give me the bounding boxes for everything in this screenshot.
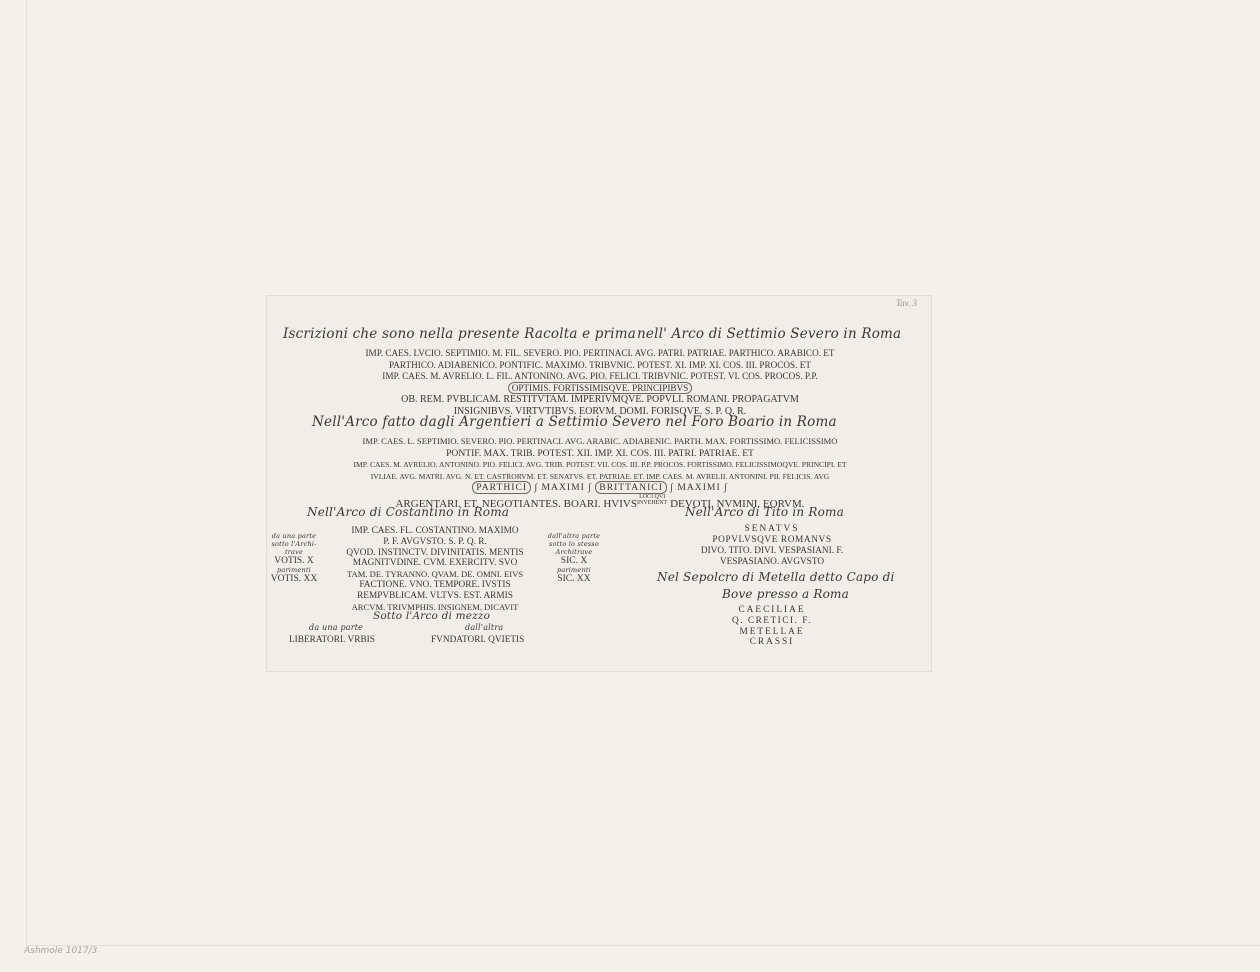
- inscription-line: CAECILIAE: [647, 605, 897, 616]
- left-note: sotto l'Archi-: [269, 540, 319, 548]
- titus-heading: Nell'Arco di Tito in Roma: [685, 505, 844, 519]
- engraved-plate: Tav. 3 Iscrizioni che sono nella present…: [266, 295, 932, 672]
- maximi-text: MAXIMI: [542, 482, 585, 493]
- titus-inscription: SENATVS POPVLVSQVE ROMANVS DIVO. TITO. D…: [647, 524, 897, 568]
- inventory-mark: Ashmole 1017/3: [24, 946, 97, 956]
- metella-heading-1: Nel Sepolcro di Metella detto Capo di: [657, 570, 895, 584]
- constantine-right-notes: dall'altra parte sotto lo stesso Architr…: [543, 532, 605, 585]
- inscription-line: IMP. CAES. FL. COSTANTINO. MAXIMO: [325, 526, 545, 537]
- right-note: Architrave: [543, 548, 605, 556]
- metella-heading-2: Bove presso a Roma: [722, 587, 849, 601]
- sic-xx: SIC. XX: [543, 574, 605, 585]
- inscription-line: VESPASIANO. AVGVSTO: [647, 557, 897, 568]
- middle-right-note: dall'altra: [465, 623, 503, 632]
- constantine-left-notes: da una parte sotto l'Archi- trave VOTIS.…: [269, 532, 319, 585]
- inscription-line: FACTIONE. VNO. TEMPORE. IVSTIS: [325, 580, 545, 591]
- middle-left-note: da una parte: [309, 623, 363, 632]
- inscription-line: METELLAE: [647, 627, 897, 638]
- constantine-inscription: IMP. CAES. FL. COSTANTINO. MAXIMO P. F. …: [325, 526, 545, 612]
- fundatori-quietis: FVNDATORI. QVIETIS: [431, 635, 524, 645]
- inscription-line: QVOD. INSTINCTV. DIVINITATIS. MENTIS: [325, 548, 545, 559]
- heading-left: Iscrizioni che sono nella presente Racol…: [283, 326, 636, 342]
- inscription-line: PONTIF. MAX. TRIB. POTEST. XII. IMP. XI.…: [267, 448, 933, 460]
- inscription-line: REMPVBLICAM. VLTVS. EST. ARMIS: [325, 591, 545, 602]
- boxed-inscription: OPTIMIS. FORTISSIMISQVE. PRINCIPIBVS: [508, 382, 693, 394]
- septimius-inscription: IMP. CAES. LVCIO. SEPTIMIO. M. FIL. SEVE…: [267, 348, 933, 417]
- boxed-parthici: PARTHICI: [472, 481, 531, 494]
- inscription-line: P. F. AVGVSTO. S. P. Q. R.: [325, 537, 545, 548]
- inscription-line: IMP. CAES. LVCIO. SEPTIMIO. M. FIL. SEVE…: [267, 348, 933, 360]
- inscription-line: POPVLVSQVE ROMANVS: [647, 535, 897, 546]
- boxed-titles-line: PARTHICI ∫ MAXIMI ∫ BRITTANICI ∫ MAXIMI …: [267, 482, 933, 494]
- inscription-line: TAM. DE. TYRANNO. QVAM. DE. OMNI. EIVS: [325, 569, 545, 580]
- inscription-line: Q. CRETICI. F.: [647, 616, 897, 627]
- inscription-line: SENATVS: [647, 524, 897, 535]
- left-note-parimenti: parimenti: [269, 567, 319, 574]
- right-note: sotto lo stesso: [543, 540, 605, 548]
- middle-arch-heading: Sotto l'Arco di mezzo: [373, 610, 490, 622]
- left-note: da una parte: [269, 532, 319, 540]
- liberatori-urbis: LIBERATORI. VRBIS: [289, 635, 375, 645]
- right-note: dall'altra parte: [543, 532, 605, 540]
- metella-inscription: CAECILIAE Q. CRETICI. F. METELLAE CRASSI: [647, 605, 897, 648]
- inscription-line: IMP. CAES. L. SEPTIMIO. SEVERO. PIO. PER…: [267, 436, 933, 448]
- inscription-line: MAGNITVDINE. CVM. EXERCITV. SVO: [325, 558, 545, 569]
- maximi-text: MAXIMI: [677, 482, 720, 493]
- heading-right: nell' Arco di Settimio Severo in Roma: [637, 326, 901, 342]
- inscription-line: DIVO. TITO. DIVI. VESPASIANI. F.: [647, 546, 897, 557]
- boxed-brittanici: BRITTANICI: [595, 481, 667, 494]
- inscription-line: PARTHICO. ADIABENICO. PONTIFIC. MAXIMO. …: [267, 360, 933, 372]
- inscription-line: CRASSI: [647, 637, 897, 648]
- constantine-heading: Nell'Arco di Costantino in Roma: [307, 505, 509, 519]
- right-note-parimenti: parimenti: [543, 567, 605, 574]
- argentari-inscription: IMP. CAES. L. SEPTIMIO. SEVERO. PIO. PER…: [267, 436, 933, 511]
- sup-bottom: INVEHENT: [637, 500, 667, 506]
- left-note: trave: [269, 548, 319, 556]
- plate-number: Tav. 3: [896, 298, 917, 308]
- inscription-line: IMP. CAES. M. AVRELIO. L. FIL. ANTONINO.…: [267, 371, 933, 383]
- inscription-line: IMP. CAES. M. AVRELIO. ANTONINO. PIO. FE…: [267, 459, 933, 471]
- inscription-line: OB. REM. PVBLICAM. RESTITVTAM. IMPERIVMQ…: [267, 394, 933, 406]
- superscript-note: LOCI QVIINVEHENT: [637, 494, 667, 506]
- votis-xx: VOTIS. XX: [269, 574, 319, 585]
- argentari-heading: Nell'Arco fatto dagli Argentieri a Setti…: [267, 414, 933, 430]
